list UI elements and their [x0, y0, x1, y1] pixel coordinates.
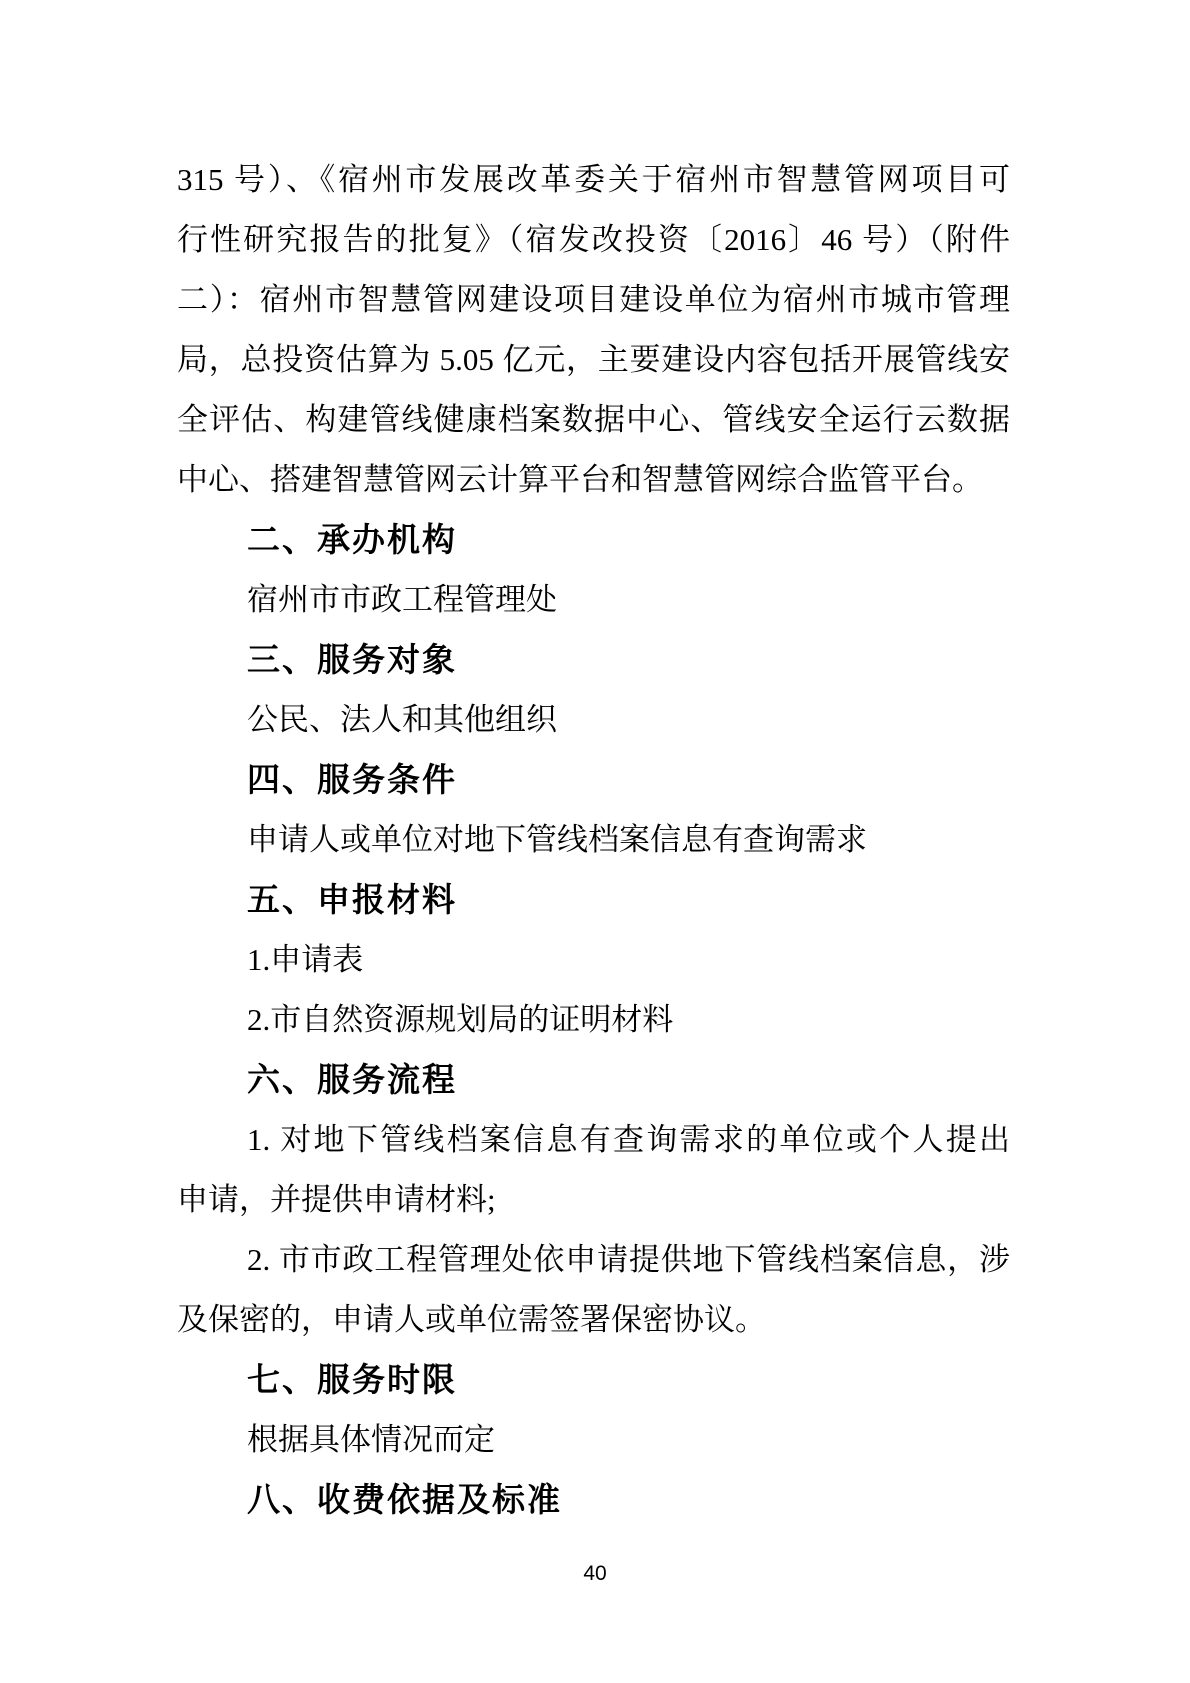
text-block: 315 号）、《宿州市发展改革委关于宿州市智慧管网项目可 行性研究报告的批复》（…: [177, 150, 1010, 1530]
section-6-step-2-line-2: 及保密的，申请人或单位需签署保密协议。: [177, 1290, 1010, 1350]
section-2-body-line: 宿州市市政工程管理处: [177, 570, 1010, 630]
section-6-step-2-line-1: 2. 市市政工程管理处依申请提供地下管线档案信息，涉: [177, 1230, 1010, 1290]
section-2-heading: 二、承办机构: [177, 510, 1010, 570]
page-number: 40: [0, 1558, 1190, 1590]
intro-line-2: 行性研究报告的批复》（宿发改投资〔2016〕46 号）（附件: [177, 210, 1010, 270]
section-4-heading: 四、服务条件: [177, 750, 1010, 810]
section-6-step-1-line-1: 1. 对地下管线档案信息有查询需求的单位或个人提出: [177, 1110, 1010, 1170]
section-5-item-2: 2.市自然资源规划局的证明材料: [177, 990, 1010, 1050]
section-4-body-line: 申请人或单位对地下管线档案信息有查询需求: [177, 810, 1010, 870]
section-3-heading: 三、服务对象: [177, 630, 1010, 690]
section-7-body-line: 根据具体情况而定: [177, 1410, 1010, 1470]
section-3-body-line: 公民、法人和其他组织: [177, 690, 1010, 750]
section-5-heading: 五、申报材料: [177, 870, 1010, 930]
section-7-heading: 七、服务时限: [177, 1350, 1010, 1410]
section-5-item-1: 1.申请表: [177, 930, 1010, 990]
document-page: 315 号）、《宿州市发展改革委关于宿州市智慧管网项目可 行性研究报告的批复》（…: [0, 0, 1190, 1683]
intro-line-3: 二）：宿州市智慧管网建设项目建设单位为宿州市城市管理: [177, 270, 1010, 330]
intro-line-4: 局，总投资估算为 5.05 亿元，主要建设内容包括开展管线安: [177, 330, 1010, 390]
intro-line-6: 中心、搭建智慧管网云计算平台和智慧管网综合监管平台。: [177, 450, 1010, 510]
section-6-heading: 六、服务流程: [177, 1050, 1010, 1110]
intro-line-5: 全评估、构建管线健康档案数据中心、管线安全运行云数据: [177, 390, 1010, 450]
intro-line-1: 315 号）、《宿州市发展改革委关于宿州市智慧管网项目可: [177, 150, 1010, 210]
section-6-step-1-line-2: 申请，并提供申请材料;: [177, 1170, 1010, 1230]
section-8-heading: 八、收费依据及标准: [177, 1470, 1010, 1530]
